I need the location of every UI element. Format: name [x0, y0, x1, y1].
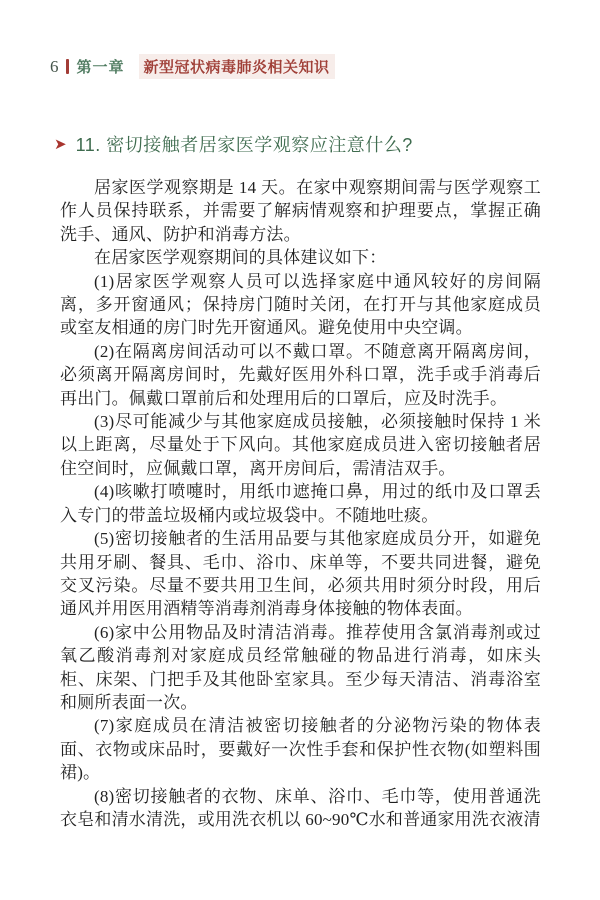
- section-title: 11. 密切接触者居家医学观察应注意什么?: [76, 131, 413, 157]
- paragraph: 在居家医学观察期间的具体建议如下：: [60, 246, 541, 269]
- running-header: 6 第一章 新型冠状病毒肺炎相关知识: [50, 54, 335, 79]
- paragraph: (1)居家医学观察人员可以选择家庭中通风较好的房间隔离，多开窗通风；保持房门随时…: [60, 270, 541, 340]
- paragraph: (8)密切接触者的衣物、床单、浴巾、毛巾等，使用普通洗衣皂和清水清洗，或用洗衣机…: [60, 785, 541, 832]
- paragraph: 居家医学观察期是 14 天。在家中观察期间需与医学观察工作人员保持联系，并需要了…: [60, 176, 541, 246]
- header-divider: [66, 59, 69, 74]
- paragraph: (4)咳嗽打喷嚏时，用纸巾遮掩口鼻，用过的纸巾及口罩丢入专门的带盖垃圾桶内或垃圾…: [60, 480, 541, 527]
- paragraph: (5)密切接触者的生活用品要与其他家庭成员分开，如避免共用牙刷、餐具、毛巾、浴巾…: [60, 527, 541, 621]
- paragraph: (3)尽可能减少与其他家庭成员接触，必须接触时保持 1 米以上距离，尽量处于下风…: [60, 410, 541, 480]
- arrow-right-icon: ➤: [54, 137, 67, 152]
- chapter-title: 新型冠状病毒肺炎相关知识: [139, 54, 335, 79]
- paragraph: (7)家庭成员在清洁被密切接触者的分泌物污染的物体表面、衣物或床品时，要戴好一次…: [60, 714, 541, 784]
- book-page: 6 第一章 新型冠状病毒肺炎相关知识 ➤ 11. 密切接触者居家医学观察应注意什…: [0, 0, 600, 900]
- section-heading: ➤ 11. 密切接触者居家医学观察应注意什么?: [54, 131, 413, 157]
- body-text: 居家医学观察期是 14 天。在家中观察期间需与医学观察工作人员保持联系，并需要了…: [60, 176, 541, 831]
- paragraph: (2)在隔离房间活动可以不戴口罩。不随意离开隔离房间，必须离开隔离房间时，先戴好…: [60, 340, 541, 410]
- paragraph: (6)家中公用物品及时清洁消毒。推荐使用含氯消毒剂或过氧乙酸消毒剂对家庭成员经常…: [60, 621, 541, 715]
- page-number: 6: [50, 57, 59, 77]
- chapter-label: 第一章: [77, 56, 125, 77]
